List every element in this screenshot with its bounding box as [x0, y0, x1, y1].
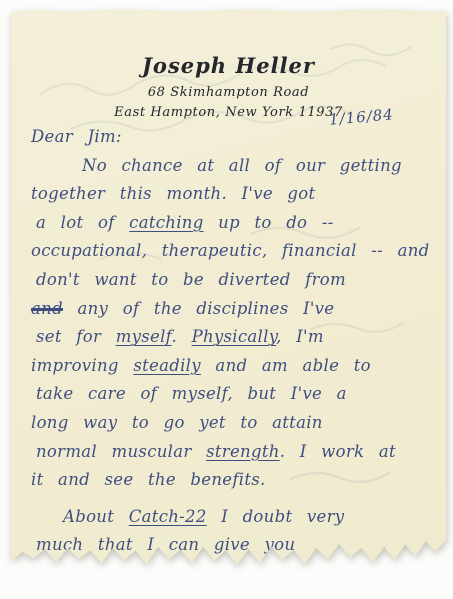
handwriting-text: improving [31, 356, 133, 375]
handwriting-line: long way to go yet to attain [31, 409, 434, 438]
underlined-book-title: Catch-22 [129, 507, 207, 526]
handwriting-text: About [63, 507, 129, 526]
underlined-word: myself [116, 327, 172, 346]
handwriting-line: together this month. I've got [31, 180, 434, 209]
salutation: Dear Jim: [31, 123, 434, 152]
handwriting-line: improving steadily and am able to [31, 352, 434, 381]
handwriting-line: About Catch-22 I doubt very [31, 503, 434, 532]
handwriting-line: a lot of catching up to do -- [31, 209, 434, 238]
handwriting-line: occupational, therapeutic, financial -- … [31, 237, 434, 266]
handwriting-text: and am able to [201, 356, 371, 375]
second-paragraph: About Catch-22 I doubt very much that I … [31, 503, 434, 589]
handwriting-text: set for [36, 327, 116, 346]
underlined-word: steadily [133, 356, 201, 375]
handwriting-line: normal muscular strength. I work at [31, 438, 434, 467]
underlined-word: strength [206, 442, 280, 461]
crossed-out-word: and [31, 299, 63, 318]
handwriting-line: No chance at all of our getting [31, 152, 434, 181]
handwriting-line: take care of myself, but I've a [31, 380, 434, 409]
letterhead-name: Joseph Heller [11, 53, 446, 78]
letter-paper-shadow: Joseph Heller 68 Skimhampton Road East H… [11, 9, 446, 575]
handwriting-line: anything new anymore in the [31, 560, 434, 589]
photo-background: Joseph Heller 68 Skimhampton Road East H… [0, 0, 453, 599]
handwriting-line: don't want to be diverted from [31, 266, 434, 295]
letter-body: Dear Jim: No chance at all of our gettin… [31, 123, 434, 589]
handwriting-line: it and see the benefits. [31, 466, 434, 495]
handwriting-text: normal muscular [36, 442, 206, 461]
letterhead-address-line1: 68 Skimhampton Road [11, 85, 446, 100]
handwriting-text: . [171, 327, 191, 346]
handwriting-line: set for myself. Physically, I'm [31, 323, 434, 352]
handwriting-text: any of the disciplines I've [63, 299, 334, 318]
handwriting-line: much that I can give you [31, 531, 434, 560]
handwriting-text: . I work at [280, 442, 396, 461]
letter-paper: Joseph Heller 68 Skimhampton Road East H… [11, 9, 446, 575]
handwriting-line: and any of the disciplines I've [31, 295, 434, 324]
handwriting-text: a lot of [36, 213, 129, 232]
underlined-word: catching [129, 213, 203, 232]
handwriting-text: I doubt very [207, 507, 345, 526]
handwriting-text: up to do -- [204, 213, 334, 232]
handwriting-text: , I'm [276, 327, 324, 346]
underlined-word: Physically [192, 327, 277, 346]
